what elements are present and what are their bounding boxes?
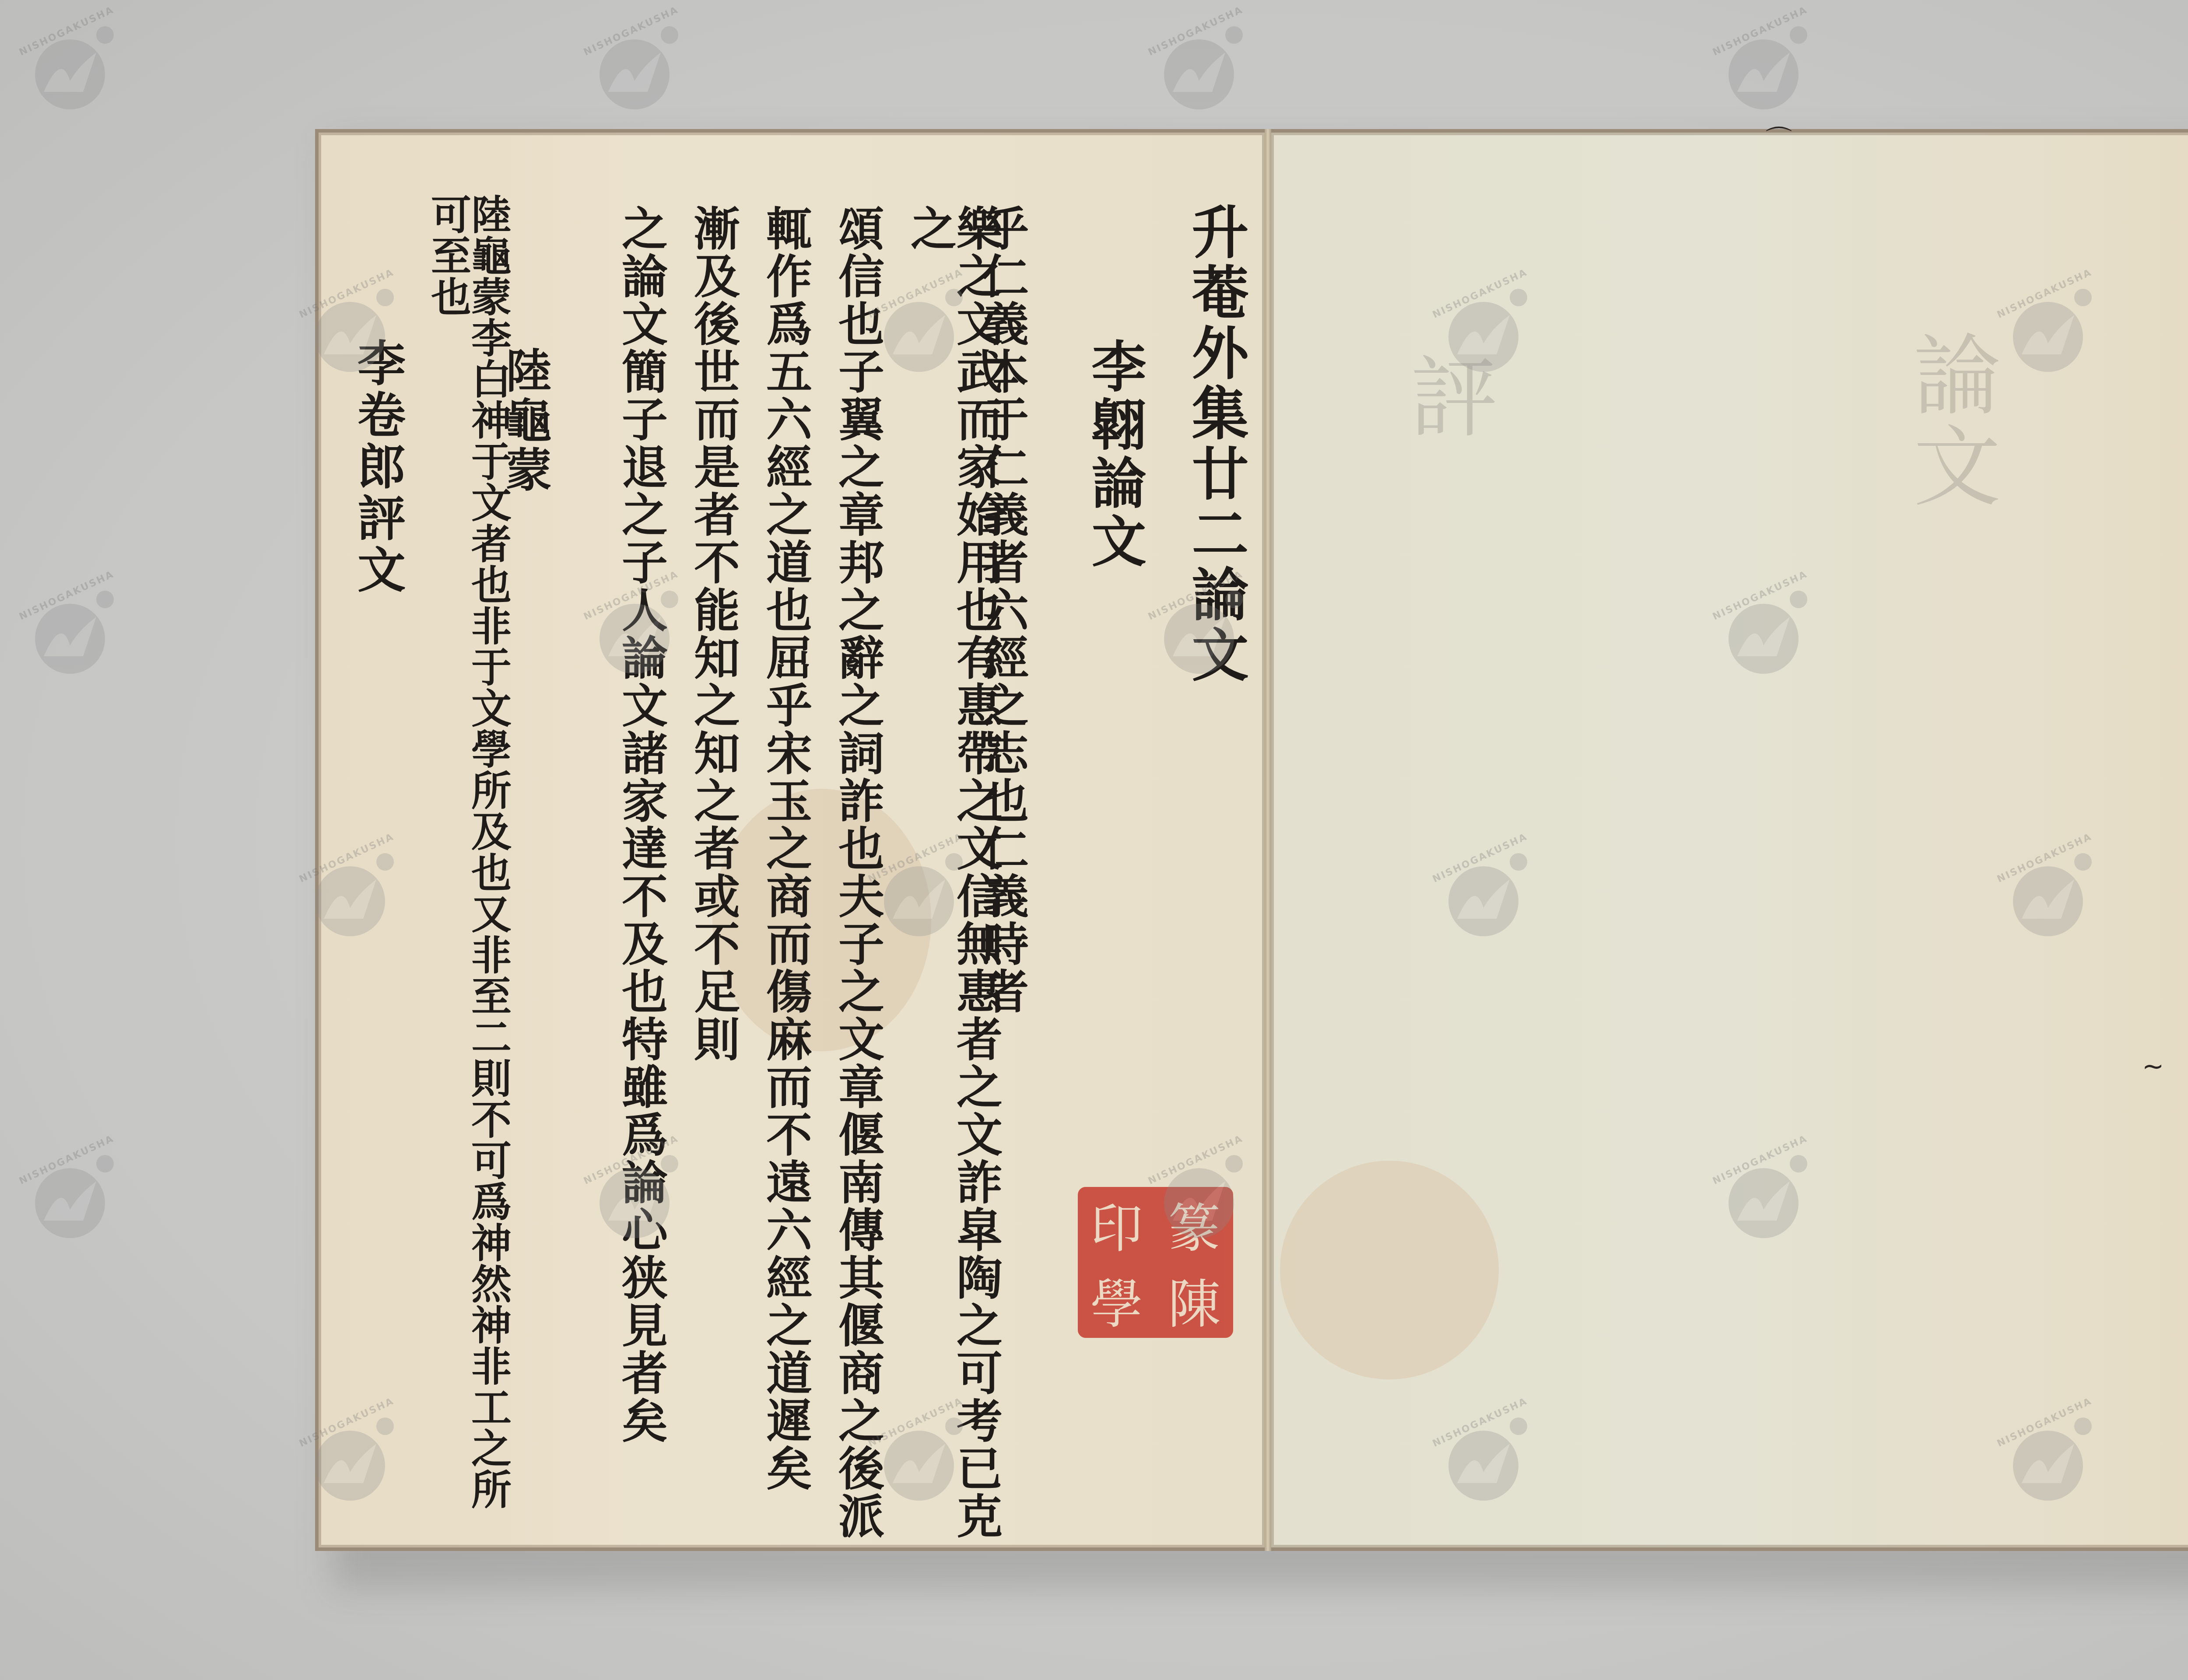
nishogakusha-watermark-icon: NISHOGAKUSHA	[298, 1409, 394, 1505]
nishogakusha-watermark-icon: NISHOGAKUSHA	[18, 1146, 114, 1242]
nishogakusha-watermark-icon: NISHOGAKUSHA	[866, 280, 963, 376]
nishogakusha-watermark-icon: NISHOGAKUSHA	[1431, 844, 1527, 941]
nishogakusha-watermark-icon: NISHOGAKUSHA	[582, 17, 678, 114]
show-through-text: 論文	[1906, 329, 1993, 511]
nishogakusha-watermark-icon: NISHOGAKUSHA	[1995, 280, 2092, 376]
body-column-6: 之論文簡子退之子人論文諸家達不及也特雖爲論心狭見者矣	[618, 205, 664, 1445]
nishogakusha-watermark-icon: NISHOGAKUSHA	[1147, 582, 1243, 678]
seal-char: 印	[1078, 1187, 1156, 1263]
nishogakusha-watermark-icon: NISHOGAKUSHA	[582, 1146, 678, 1242]
book-spine	[1265, 129, 1271, 1551]
paper-tear: ⌒	[1766, 119, 1792, 157]
paper-stain	[1280, 1161, 1499, 1379]
section-body-column: 陸龜蒙李白神于文者也非于文學所及也又非至二則不可爲神然神非工之所可至也	[428, 194, 508, 1547]
nishogakusha-watermark-icon: NISHOGAKUSHA	[866, 844, 963, 941]
nishogakusha-watermark-icon: NISHOGAKUSHA	[1995, 1409, 2092, 1505]
open-book: 升菴外集廿二論文 李翺論文 乎仁義本于仁義者六經之志也仁義時者 樂之文武而家始用…	[315, 129, 2188, 1551]
nishogakusha-watermark-icon: NISHOGAKUSHA	[1147, 17, 1243, 114]
nishogakusha-watermark-icon: NISHOGAKUSHA	[18, 582, 114, 678]
nishogakusha-watermark-icon: NISHOGAKUSHA	[1711, 17, 1807, 114]
seal-char: 陳	[1156, 1263, 1234, 1338]
nishogakusha-watermark-icon: NISHOGAKUSHA	[1431, 280, 1527, 376]
seal-char: 學	[1078, 1263, 1156, 1338]
nishogakusha-watermark-icon: NISHOGAKUSHA	[18, 17, 114, 114]
body-column-4: 輒作爲五六經之道也屈乎宋玉之商而傷麻而不遠六經之道遲矣	[763, 205, 809, 1492]
body-column-5: 漸及後世而是者不能知之知之者或不足則	[691, 205, 736, 1063]
nishogakusha-watermark-icon: NISHOGAKUSHA	[1995, 844, 2092, 941]
nishogakusha-watermark-icon: NISHOGAKUSHA	[1711, 1146, 1807, 1242]
final-heading: 李卷郎評文	[354, 338, 402, 596]
subtitle-column: 李翺論文	[1087, 338, 1141, 571]
nishogakusha-watermark-icon: NISHOGAKUSHA	[298, 844, 394, 941]
nishogakusha-watermark-icon: NISHOGAKUSHA	[298, 280, 394, 376]
nishogakusha-watermark-icon: NISHOGAKUSHA	[1711, 582, 1807, 678]
nishogakusha-watermark-icon: NISHOGAKUSHA	[866, 1409, 963, 1505]
nishogakusha-watermark-icon: NISHOGAKUSHA	[1147, 1146, 1243, 1242]
ink-mark: ~	[2142, 1051, 2164, 1082]
nishogakusha-watermark-icon: NISHOGAKUSHA	[582, 582, 678, 678]
left-page: 升菴外集廿二論文 李翺論文 乎仁義本于仁義者六經之志也仁義時者 樂之文武而家始用…	[315, 129, 1265, 1551]
nishogakusha-watermark-icon: NISHOGAKUSHA	[1431, 1409, 1527, 1505]
